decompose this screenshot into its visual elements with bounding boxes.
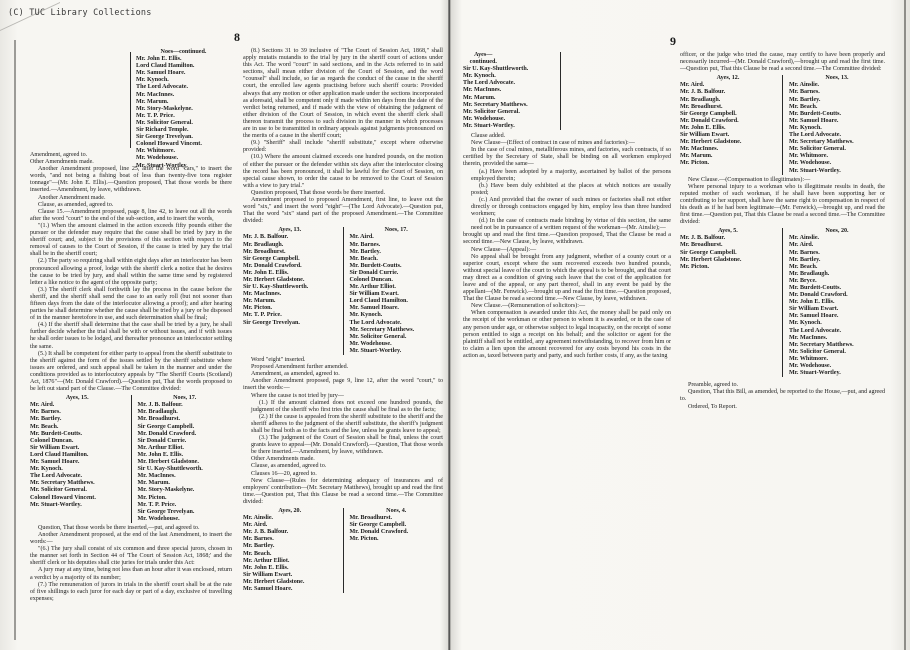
member-name: Mr. Marum. (136, 99, 231, 106)
col3-paragraphs: Clause added.New Clause—(Effect of contr… (463, 133, 671, 360)
paragraph: (8.) Sections 31 to 39 inclusive of "The… (243, 48, 443, 140)
ayes-continued-block: Ayes—continued. Sir U. Kay-Shuttleworth.… (463, 52, 554, 130)
member-name: Sir Donald Currie. (350, 270, 444, 277)
col1-paragraphs: Amendment, agreed to.Other Amendments ma… (30, 152, 232, 393)
watermark: (C) TUC Library Collections (8, 8, 152, 18)
member-name: Mr. Kynoch. (30, 466, 125, 473)
member-name: Mr. Secretary Matthews. (463, 102, 554, 109)
paragraph: New Clause.—(Remuneration of solicitors)… (463, 303, 671, 310)
paragraph: Another Amendment proposed, at the end o… (30, 532, 232, 546)
member-name: Mr. Donald Crawford. (350, 529, 444, 536)
member-name: Colonel Howard Vincent. (136, 141, 231, 148)
division-rule (782, 75, 783, 174)
division-rule (131, 395, 132, 523)
ayes-list: Ayes, 5.Mr. J. B. Balfour.Mr. Broadhurst… (680, 228, 776, 377)
member-name: Colonel Duncan. (350, 277, 444, 284)
paragraph: When compensation is awarded under this … (463, 310, 671, 360)
paragraph: Question proposed, That those words be t… (243, 190, 443, 197)
paragraph: Where personal injury to a workman who i… (680, 184, 885, 227)
member-name: Mr. Broadhurst. (243, 249, 337, 256)
member-name: Mr. Herbert Gladstone. (680, 257, 776, 264)
paragraph: (2.) The party so requiring shall within… (30, 258, 232, 286)
paragraph: In the case of coal mines, metalliferous… (463, 147, 671, 168)
member-name: Mr. Arthur Elliot. (350, 284, 444, 291)
member-name: Sir U. Kay-Shuttleworth. (463, 66, 554, 73)
noes-list: Noes, 17.Mr. J. B. Balfour.Mr. Bradlaugh… (138, 395, 233, 523)
member-name: Mr. Marum. (680, 153, 776, 160)
member-name: Mr. Beach. (350, 256, 444, 263)
member-name: Mr. Ainslie. (789, 235, 885, 242)
member-name: Mr. Secretary Matthews. (789, 342, 885, 349)
member-name: Mr. Bradlaugh. (138, 409, 233, 416)
member-name: Mr. Ainslie. (243, 515, 337, 522)
book-spread: (C) TUC Library Collections 8 Noes—conti… (0, 0, 910, 650)
member-name: Mr. John E. Ellis. (680, 125, 776, 132)
col4-intro: officer, or the judge who tried the caus… (680, 52, 885, 73)
ayes-list: Ayes, 13.Mr. J. B. Balfour.Mr. Bradlaugh… (243, 227, 337, 355)
member-name: Mr. J. B. Balfour. (243, 234, 337, 241)
member-name: Mr. Samuel Hoare. (789, 118, 885, 125)
member-name: Mr. Solicitor General. (463, 109, 554, 116)
member-name: Colonel Duncan. (30, 438, 125, 445)
ayes-heading: Ayes, 12. (680, 75, 776, 82)
member-name: Mr. Samuel Hoare. (30, 459, 125, 466)
member-name: Mr. Secretary Matthews. (350, 327, 444, 334)
member-name: Mr. Wodehouse. (463, 116, 554, 123)
member-name: Mr. Samuel Hoare. (243, 586, 337, 593)
member-name: Mr. Bartley. (789, 97, 885, 104)
member-name: Mr. Herbert Gladstone. (138, 459, 233, 466)
paragraph: No appeal shall be brought from any judg… (463, 254, 671, 304)
noes-list: Noes, 4.Mr. Broadhurst.Sir George Campbe… (350, 508, 444, 593)
page-edge-right (904, 0, 906, 650)
member-name: Mr. Donald Crawford. (680, 118, 776, 125)
paragraph: New Clause—(Rules for determining adequa… (243, 478, 443, 506)
member-name: Mr. Arthur Elliot. (138, 445, 233, 452)
ayes-heading: Ayes, 15. (30, 395, 125, 402)
member-name: Mr. Solicitor General. (789, 349, 885, 356)
member-name: Mr. Solicitor General. (789, 146, 885, 153)
member-name: Mr. Broadhurst. (680, 104, 776, 111)
page-number-left: 8 (234, 30, 240, 45)
paragraph: (3.) The judgment of the Court of Sessio… (243, 435, 443, 456)
member-name: Mr. Donald Crawford. (138, 431, 233, 438)
member-name: Mr. Wodehouse. (789, 363, 885, 370)
paragraph: Clause, as amended, agreed to. (243, 463, 443, 470)
member-name: Colonel Howard Vincent. (30, 495, 125, 502)
member-name: Mr. J. B. Balfour. (138, 402, 233, 409)
member-name: Mr. Bradlaugh. (789, 271, 885, 278)
member-name: Mr. Samuel Hoare. (136, 70, 231, 77)
noes-list: Noes, 20.Mr. Ainslie.Mr. Aird.Mr. Barnes… (789, 228, 885, 377)
member-name: Mr. Solicitor General. (136, 120, 231, 127)
ayes-list: Ayes, 15.Mr. Aird.Mr. Barnes.Mr. Bartley… (30, 395, 125, 523)
ayes-continued-list: Sir U. Kay-Shuttleworth.Mr. Kynoch.The L… (463, 66, 554, 130)
member-name: Mr. Aird. (350, 234, 444, 241)
col2-after-paragraphs: Word "eight" inserted.Proposed Amendment… (243, 357, 443, 506)
member-name: Mr. Ainslie. (789, 82, 885, 89)
member-name: Mr. Picton. (138, 495, 233, 502)
paragraph: (b.) Have been duly exhibited at the pla… (463, 183, 671, 197)
paragraph: (4.) If the sheriff shall determine that… (30, 322, 232, 350)
member-name: Mr. Wodehouse. (789, 160, 885, 167)
member-name: Mr. Picton. (680, 160, 776, 167)
ayes-list: Ayes, 20.Mr. Ainslie.Mr. Aird.Mr. J. B. … (243, 508, 337, 593)
member-name: Mr. Marum. (243, 298, 337, 305)
paragraph: (c.) And provided that the owner of such… (463, 197, 671, 218)
paragraph: Amendment, agreed to. (30, 152, 232, 159)
member-name: Mr. Bradlaugh. (243, 242, 337, 249)
member-name: Mr. Herbert Gladstone. (243, 277, 337, 284)
member-name: Mr. Burdett-Coutts. (30, 431, 125, 438)
paragraph: "(1.) When the amount claimed in the act… (30, 223, 232, 258)
member-name: Mr. Aird. (243, 522, 337, 529)
member-name: Mr. Wodehouse. (350, 341, 444, 348)
paragraph: (7.) The remuneration of jurors in trial… (30, 582, 232, 603)
member-name: Sir George Trevelyan. (138, 509, 233, 516)
column-3: Ayes—continued. Sir U. Kay-Shuttleworth.… (463, 52, 671, 360)
noes-heading: Noes, 4. (350, 508, 444, 515)
member-name: Mr. T. P. Price. (243, 312, 337, 319)
division-list-1: Ayes, 15.Mr. Aird.Mr. Barnes.Mr. Bartley… (30, 395, 232, 523)
member-name: Mr. Beach. (789, 264, 885, 271)
member-name: Mr. Whitmore. (789, 153, 885, 160)
member-name: Mr. Broadhurst. (350, 515, 444, 522)
member-name: Sir U. Kay-Shuttleworth. (243, 284, 337, 291)
division-rule (560, 52, 561, 130)
member-name: Sir George Campbell. (680, 250, 776, 257)
col4-end-paragraphs: Preamble, agreed to.Question, That this … (680, 382, 885, 410)
member-name: Sir George Trevelyan. (243, 320, 337, 327)
member-name: Mr. Whitmore. (789, 356, 885, 363)
paragraph: Another Amendment proposed, line 25, aft… (30, 166, 232, 194)
division-list-4: Ayes, 12.Mr. Aird.Mr. J. B. Balfour.Mr. … (680, 75, 885, 174)
member-name: Mr. Aird. (680, 82, 776, 89)
member-name: Mr. Burdett-Coutts. (789, 285, 885, 292)
paragraph: (a.) Have been adopted by a majority, as… (463, 169, 671, 183)
member-name: Sir William Ewart. (350, 291, 444, 298)
paragraph: New Clause—(Appeal):— (463, 247, 671, 254)
col1-after-paragraphs: Question, That those words be there inse… (30, 525, 232, 603)
member-name: Mr. Marum. (138, 480, 233, 487)
member-name: Mr. Secretary Matthews. (789, 139, 885, 146)
noes-list: Noes, 13.Mr. Ainslie.Mr. Barnes.Mr. Bart… (789, 75, 885, 174)
paragraph: A jury may at any time, being not less t… (30, 567, 232, 581)
paragraph: (5.) It shall be competent for either pa… (30, 351, 232, 394)
paragraph: Amendment proposed to proposed Amendment… (243, 197, 443, 225)
member-name: Mr. J. B. Balfour. (680, 235, 776, 242)
member-name: Mr. Kynoch. (136, 77, 231, 84)
paragraph: New Clause.—(Compensation to illegitimat… (680, 177, 885, 184)
member-name: Mr. MacInnes. (136, 92, 231, 99)
paragraph: (d.) In the case of contracts made bindi… (463, 218, 671, 232)
member-name: Mr. Donald Crawford. (789, 292, 885, 299)
member-name: Mr. John E. Ellis. (789, 299, 885, 306)
member-name: Mr. John E. Ellis. (243, 565, 337, 572)
member-name: Sir U. Kay-Shuttleworth. (138, 466, 233, 473)
paragraph: Preamble, agreed to. (680, 382, 885, 389)
column-1: Amendment, agreed to.Other Amendments ma… (30, 152, 232, 603)
paragraph: Proposed Amendment further amended. (243, 364, 443, 371)
paragraph: (1.) If the amount claimed does not exce… (243, 400, 443, 414)
member-name: Sir William Ewart. (243, 572, 337, 579)
paragraph: (10.) Where the amount claimed exceeds o… (243, 154, 443, 189)
member-name: Mr. Aird. (789, 242, 885, 249)
paragraph: Another Amendment proposed, page 9, line… (243, 378, 443, 392)
member-name: The Lord Advocate. (789, 328, 885, 335)
paragraph: Question, That those words be there inse… (30, 525, 232, 532)
member-name: Mr. Bartley. (789, 257, 885, 264)
member-name: Mr. Barnes. (789, 250, 885, 257)
member-name: Mr. Story-Maskelyne. (136, 106, 231, 113)
noes-heading: Noes, 13. (789, 75, 885, 82)
page-number-right: 9 (670, 34, 676, 49)
ayes-continued-wrap: Ayes—continued. Sir U. Kay-Shuttleworth.… (463, 52, 671, 130)
member-name: Mr. Kynoch. (789, 320, 885, 327)
member-name: Mr. Bradlaugh. (680, 97, 776, 104)
member-name: Mr. John E. Ellis. (138, 452, 233, 459)
column-4: officer, or the judge who tried the caus… (680, 52, 885, 411)
ayes-continued-heading: Ayes—continued. (463, 52, 554, 66)
member-name: Mr. Story-Maskelyne. (138, 487, 233, 494)
member-name: Mr. J. B. Balfour. (243, 529, 337, 536)
page-edge-left (14, 40, 16, 640)
member-name: Mr. Aird. (30, 402, 125, 409)
paragraph: (9.) "Sheriff" shall include "sheriff su… (243, 140, 443, 154)
member-name: Mr. Bryce. (789, 278, 885, 285)
member-name: Mr. Burdett-Coutts. (350, 263, 444, 270)
paragraph: Clause 15.—Amendment proposed, page 8, l… (30, 209, 232, 223)
member-name: Sir William Ewart. (30, 445, 125, 452)
paragraph: Where the cause is not tried by jury— (243, 393, 443, 400)
member-name: Mr. Kynoch. (350, 312, 444, 319)
member-name: The Lord Advocate. (463, 80, 554, 87)
member-name: The Lord Advocate. (789, 132, 885, 139)
member-name: Mr. Picton. (243, 305, 337, 312)
member-name: Mr. MacInnes. (243, 291, 337, 298)
member-name: Mr. Herbert Gladstone. (243, 579, 337, 586)
member-name: Mr. Broadhurst. (680, 242, 776, 249)
member-name: Sir George Campbell. (138, 424, 233, 431)
member-name: Mr. Stuart-Wortley. (30, 502, 125, 509)
member-name: Mr. MacInnes. (789, 335, 885, 342)
division-rule (130, 52, 131, 148)
member-name: Sir Donald Currie. (138, 438, 233, 445)
noes-heading: Noes, 20. (789, 228, 885, 235)
member-name: Mr. Solicitor General. (30, 487, 125, 494)
member-name: Lord Claud Hamilton. (30, 452, 125, 459)
member-name: Mr. Samuel Hoare. (789, 313, 885, 320)
paragraph: (3.) The sheriff clerk shall forthwith l… (30, 287, 232, 322)
member-name: Sir William Ewart. (789, 306, 885, 313)
division-rule (343, 508, 344, 593)
member-name: Mr. Picton. (350, 536, 444, 543)
member-name: Mr. Barnes. (30, 409, 125, 416)
member-name: Lord Claud Hamilton. (136, 63, 231, 70)
paragraph: brought up and read the first time.—Ques… (463, 232, 671, 246)
member-name: Mr. Barnes. (789, 89, 885, 96)
member-name: Mr. Burdett-Coutts. (789, 111, 885, 118)
column-2: (8.) Sections 31 to 39 inclusive of "The… (243, 48, 443, 595)
member-name: Mr. Secretary Matthews. (30, 480, 125, 487)
member-name: Mr. John E. Ellis. (136, 56, 231, 63)
member-name: Mr. Kynoch. (789, 125, 885, 132)
member-name: Mr. Solicitor General. (350, 334, 444, 341)
noes-heading: Noes, 17. (138, 395, 233, 402)
noes-continued-heading: Noes—continued. (136, 49, 231, 56)
member-name: Mr. Beach. (243, 551, 337, 558)
member-name: Lord Claud Hamilton. (350, 298, 444, 305)
member-name: Sir Richard Temple. (136, 127, 231, 134)
member-name: Sir George Trevelyan. (136, 134, 231, 141)
noes-heading: Noes, 17. (350, 227, 444, 234)
member-name: Mr. MacInnes. (680, 146, 776, 153)
member-name: The Lord Advocate. (350, 320, 444, 327)
member-name: Mr. Stuart-Wortley. (463, 123, 554, 130)
member-name: Mr. T. P. Price. (138, 502, 233, 509)
member-name: Mr. Donald Crawford. (243, 263, 337, 270)
member-name: Mr. Bartley. (30, 416, 125, 423)
division-list-2: Ayes, 13.Mr. J. B. Balfour.Mr. Bradlaugh… (243, 227, 443, 355)
division-rule (782, 228, 783, 377)
member-name: Mr. Bartley. (243, 543, 337, 550)
member-name: The Lord Advocate. (30, 473, 125, 480)
member-name: Mr. Broadhurst. (138, 416, 233, 423)
member-name: Mr. Wodehouse. (138, 516, 233, 523)
paragraph: (2.) If the cause is appealed from the s… (243, 414, 443, 435)
member-name: Sir William Ewart. (680, 132, 776, 139)
member-name: Mr. Beach. (30, 424, 125, 431)
ayes-heading: Ayes, 13. (243, 227, 337, 234)
paragraph: Ordered, To Report. (680, 404, 885, 411)
ayes-heading: Ayes, 5. (680, 228, 776, 235)
member-name: Mr. John E. Ellis. (243, 270, 337, 277)
member-name: Sir George Campbell. (243, 256, 337, 263)
member-name: Mr. Picton. (680, 264, 776, 271)
member-name: Mr. Bartley. (350, 249, 444, 256)
member-name: Mr. Beach. (789, 104, 885, 111)
paragraph: Clause, as amended, agreed to. (30, 202, 232, 209)
member-name: Mr. Stuart-Wortley. (350, 348, 444, 355)
paragraph: Another Amendment made. (30, 195, 232, 202)
noes-list: Noes, 17.Mr. Aird.Mr. Barnes.Mr. Bartley… (350, 227, 444, 355)
division-list-3: Ayes, 20.Mr. Ainslie.Mr. Aird.Mr. J. B. … (243, 508, 443, 593)
member-name: Mr. MacInnes. (463, 87, 554, 94)
member-name: Sir George Campbell. (350, 522, 444, 529)
paragraph: Clauses 16—20, agreed to. (243, 471, 443, 478)
member-name: Mr. Kynoch. (463, 73, 554, 80)
member-name: Mr. Barnes. (243, 536, 337, 543)
member-name: Mr. J. B. Balfour. (680, 89, 776, 96)
member-name: Mr. Marum. (463, 95, 554, 102)
paragraph: Question, That this Bill, as amended, be… (680, 389, 885, 403)
member-name: Mr. Herbert Gladstone. (680, 139, 776, 146)
member-name: The Lord Advocate. (136, 84, 231, 91)
member-name: Sir George Campbell. (680, 111, 776, 118)
member-name: Mr. Samuel Hoare. (350, 305, 444, 312)
member-name: Mr. MacInnes. (138, 473, 233, 480)
division-list-5: Ayes, 5.Mr. J. B. Balfour.Mr. Broadhurst… (680, 228, 885, 377)
paragraph: Other Amendments made. (243, 456, 443, 463)
member-name: Mr. T. P. Price. (136, 113, 231, 120)
member-name: Mr. Stuart-Wortley. (789, 370, 885, 377)
member-name: Mr. Arthur Elliot. (243, 558, 337, 565)
ayes-heading: Ayes, 20. (243, 508, 337, 515)
division-rule (343, 227, 344, 355)
paragraph: "(6.) The jury shall consist of six comm… (30, 546, 232, 567)
col4-mid-paragraphs: New Clause.—(Compensation to illegitimat… (680, 177, 885, 227)
ayes-list: Ayes, 12.Mr. Aird.Mr. J. B. Balfour.Mr. … (680, 75, 776, 174)
col2-paragraphs: (8.) Sections 31 to 39 inclusive of "The… (243, 48, 443, 225)
member-name: Mr. Barnes. (350, 242, 444, 249)
member-name: Mr. Stuart-Wortley. (789, 168, 885, 175)
